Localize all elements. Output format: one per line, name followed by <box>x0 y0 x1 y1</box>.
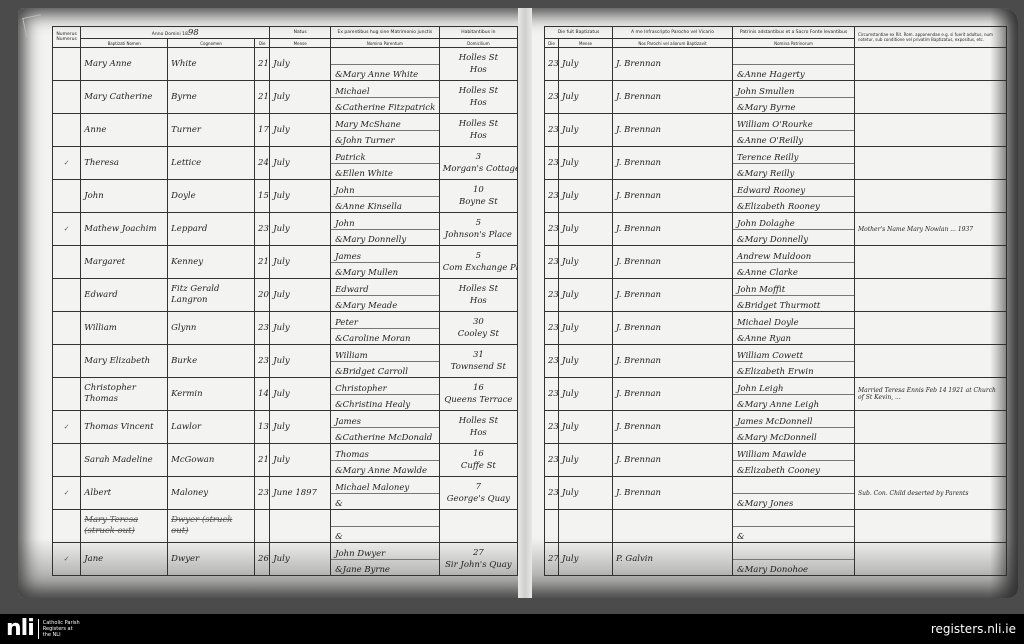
parents-cell: Patrick& Ellen White <box>331 147 440 180</box>
sponsor-godmother: & Elizabeth Rooney <box>733 197 854 212</box>
officiating-priest: J. Brennan <box>613 411 733 444</box>
father-name: Mary McShane <box>331 115 439 131</box>
sponsor-godmother: & <box>733 527 854 542</box>
entry-mark: ✓ <box>53 477 81 510</box>
officiating-priest: P. Galvin <box>613 543 733 576</box>
mother-name: & Anne Kinsella <box>331 197 439 212</box>
entry-mark <box>53 378 81 411</box>
residence: Holles StHos <box>439 411 517 444</box>
sponsors-cell: & <box>733 510 855 543</box>
birth-day: 23 <box>255 213 270 246</box>
father-name: Peter <box>331 313 439 329</box>
residence: 7George's Quay <box>439 477 517 510</box>
table-row: 23JulyJ. BrennanJohn Leigh& Mary Anne Le… <box>545 378 1007 411</box>
baptized-first-name: Sarah Madeline <box>81 444 168 477</box>
sponsors-cell: Edward Rooney& Elizabeth Rooney <box>733 180 855 213</box>
notes-cell <box>855 180 1007 213</box>
sponsors-cell: John Smullen& Mary Byrne <box>733 81 855 114</box>
page-corner <box>22 14 45 37</box>
sponsor-godfather: Edward Rooney <box>733 181 854 197</box>
birth-month: July <box>270 312 331 345</box>
mother-name: & John Turner <box>331 131 439 146</box>
mother-name: & Jane Byrne <box>331 560 439 575</box>
father-name: Edward <box>331 280 439 296</box>
baptism-day: 27 <box>545 543 559 576</box>
mother-name: & <box>331 527 439 542</box>
header-anno-domini: Anno Domini 1898 <box>81 27 270 39</box>
birth-day: 23 <box>255 312 270 345</box>
header-priest: Nos Parochi vel aliorum Baptizavit <box>613 39 733 48</box>
image-viewer[interactable]: Numerus Numerus Anno Domini 1898 Natus E… <box>0 0 1024 614</box>
sponsors-cell: William O'Rourke& Anne O'Reilly <box>733 114 855 147</box>
logo-divider <box>38 619 39 639</box>
notes-cell <box>855 246 1007 279</box>
entry-mark: ✓ <box>53 147 81 180</box>
residence: 31Townsend St <box>439 345 517 378</box>
table-row: Sarah MadelineMcGowan21JulyThomas& Mary … <box>53 444 518 477</box>
table-row: AnneTurner17JulyMary McShane& John Turne… <box>53 114 518 147</box>
header-priest-group: A me Infrascripto Parocho vel Vicario <box>613 27 733 39</box>
sponsors-cell: & Mary Jones <box>733 477 855 510</box>
parents-cell: & <box>331 510 440 543</box>
baptism-month: July <box>559 345 613 378</box>
mother-name: & Catherine Fitzpatrick <box>331 98 439 113</box>
sponsors-cell: Andrew Muldoon& Anne Clarke <box>733 246 855 279</box>
notes-cell <box>855 114 1007 147</box>
mother-name: & Caroline Moran <box>331 329 439 344</box>
table-row: 23JulyJ. BrennanJames McDonnell& Mary Mc… <box>545 411 1007 444</box>
table-row: 23JulyJ. BrennanJohn Smullen& Mary Byrne <box>545 81 1007 114</box>
birth-day <box>255 510 270 543</box>
sponsor-godmother: & Anne Hagerty <box>733 65 854 80</box>
table-row: 27JulyP. Galvin& Mary Donohoe <box>545 543 1007 576</box>
mother-name: & Mary Meade <box>331 296 439 311</box>
nli-logo[interactable]: nli Catholic Parish Registers at the NLI <box>6 618 80 640</box>
birth-day: 21 <box>255 81 270 114</box>
header-day: Die <box>255 39 270 48</box>
baptized-first-name: Theresa <box>81 147 168 180</box>
table-row: ✓Thomas VincentLawlor13JulyJames& Cather… <box>53 411 518 444</box>
sponsor-godfather: James McDonnell <box>733 412 854 428</box>
father-name: Patrick <box>331 148 439 164</box>
table-row: EdwardFitz Gerald Langron20JulyEdward& M… <box>53 279 518 312</box>
header-surname: Cognomen <box>168 39 255 48</box>
entry-mark <box>53 279 81 312</box>
father-name: Christopher <box>331 379 439 395</box>
officiating-priest: J. Brennan <box>613 213 733 246</box>
sponsor-godmother: & Mary Jones <box>733 494 854 509</box>
baptism-table-left: Numerus Numerus Anno Domini 1898 Natus E… <box>52 26 518 576</box>
header-sponsors: Nomina Patrinorum <box>733 39 855 48</box>
sponsor-godmother: & Anne Clarke <box>733 263 854 278</box>
officiating-priest: J. Brennan <box>613 279 733 312</box>
mother-name: & Christina Healy <box>331 395 439 410</box>
residence: Holles StHos <box>439 81 517 114</box>
table-row: 23JulyJ. BrennanJohn Moffit& Bridget Thu… <box>545 279 1007 312</box>
header-baptized-name: Baptizati Nomen <box>81 39 168 48</box>
parents-cell: Mary McShane& John Turner <box>331 114 440 147</box>
birth-day: 15 <box>255 180 270 213</box>
residence: 27Sir John's Quay <box>439 543 517 576</box>
residence: 16Queens Terrace <box>439 378 517 411</box>
sponsors-cell: & Mary Donohoe <box>733 543 855 576</box>
table-row: 23JulyJ. BrennanWilliam Cowett& Elizabet… <box>545 345 1007 378</box>
baptism-day: 23 <box>545 378 559 411</box>
residence: Holles StHos <box>439 114 517 147</box>
father-name <box>331 511 439 527</box>
mother-name: & Mary Anne Mawlde <box>331 461 439 476</box>
sponsor-godmother: & Mary Donohoe <box>733 560 854 575</box>
birth-day: 23 <box>255 345 270 378</box>
baptism-day: 23 <box>545 213 559 246</box>
baptized-surname: Fitz Gerald Langron <box>168 279 255 312</box>
baptism-month: July <box>559 213 613 246</box>
baptized-surname: Kenney <box>168 246 255 279</box>
notes-cell: Mother's Name Mary Nowlan ... 1937 <box>855 213 1007 246</box>
table-row: 23JulyJ. BrennanMichael Doyle& Anne Ryan <box>545 312 1007 345</box>
parents-cell: Michael& Catherine Fitzpatrick <box>331 81 440 114</box>
parents-cell: Thomas& Mary Anne Mawlde <box>331 444 440 477</box>
baptized-surname: Leppard <box>168 213 255 246</box>
baptized-surname: Lettice <box>168 147 255 180</box>
father-name: William <box>331 346 439 362</box>
sponsor-godmother: & Mary McDonnell <box>733 428 854 443</box>
mother-name: & Mary Anne White <box>331 65 439 80</box>
sponsor-godmother: & Anne O'Reilly <box>733 131 854 146</box>
notes-cell <box>855 48 1007 81</box>
sponsor-godfather <box>733 478 854 494</box>
officiating-priest: J. Brennan <box>613 81 733 114</box>
residence: 5Com Exchange Place <box>439 246 517 279</box>
baptized-first-name: Mathew Joachim <box>81 213 168 246</box>
entry-mark <box>53 345 81 378</box>
residence <box>439 510 517 543</box>
sponsors-cell: William Cowett& Elizabeth Erwin <box>733 345 855 378</box>
birth-month: July <box>270 213 331 246</box>
officiating-priest: J. Brennan <box>613 444 733 477</box>
officiating-priest: J. Brennan <box>613 345 733 378</box>
officiating-priest: J. Brennan <box>613 48 733 81</box>
sponsors-cell: John Leigh& Mary Anne Leigh <box>733 378 855 411</box>
baptism-day: 23 <box>545 246 559 279</box>
table-row: WilliamGlynn23JulyPeter& Caroline Moran3… <box>53 312 518 345</box>
birth-month: July <box>270 444 331 477</box>
mother-name: & Ellen White <box>331 164 439 179</box>
father-name: Thomas <box>331 445 439 461</box>
notes-cell <box>855 147 1007 180</box>
table-row: JohnDoyle15JulyJohn& Anne Kinsella10Boyn… <box>53 180 518 213</box>
entry-mark <box>53 510 81 543</box>
sponsor-godmother: & Elizabeth Cooney <box>733 461 854 476</box>
entry-mark <box>53 81 81 114</box>
table-row: ✓TheresaLettice24JulyPatrick& Ellen Whit… <box>53 147 518 180</box>
birth-month: July <box>270 114 331 147</box>
sponsor-godfather <box>733 544 854 560</box>
entry-mark: ✓ <box>53 543 81 576</box>
notes-cell <box>855 312 1007 345</box>
father-name: James <box>331 412 439 428</box>
birth-day: 21 <box>255 246 270 279</box>
baptism-month: July <box>559 81 613 114</box>
baptized-first-name: Thomas Vincent <box>81 411 168 444</box>
header-number: Numerus Numerus <box>53 27 81 48</box>
baptism-month: July <box>559 246 613 279</box>
baptism-day: 23 <box>545 147 559 180</box>
parents-cell: William& Bridget Carroll <box>331 345 440 378</box>
sponsor-godmother: & Mary Donnelly <box>733 230 854 245</box>
table-row: ✓JaneDwyer26JulyJohn Dwyer& Jane Byrne27… <box>53 543 518 576</box>
baptized-first-name: Mary Anne <box>81 48 168 81</box>
officiating-priest: J. Brennan <box>613 246 733 279</box>
officiating-priest: J. Brennan <box>613 477 733 510</box>
sponsor-godfather: Andrew Muldoon <box>733 247 854 263</box>
right-page: Die fuit Baptizatus A me Infrascripto Pa… <box>544 26 1006 576</box>
residence: 5Johnson's Place <box>439 213 517 246</box>
birth-month: July <box>270 378 331 411</box>
nli-logo-mark: nli <box>6 618 34 640</box>
mother-name: & Mary Mullen <box>331 263 439 278</box>
entry-mark <box>53 312 81 345</box>
baptism-day: 23 <box>545 114 559 147</box>
header-notes: Circumstantiae ex Rit. Rom. apponendae e… <box>855 27 1007 48</box>
birth-day: 23 <box>255 477 270 510</box>
father-name: John Dwyer <box>331 544 439 560</box>
sponsor-godfather <box>733 511 854 527</box>
header-residence-group: Habitantibus in <box>439 27 517 39</box>
baptism-month: July <box>559 411 613 444</box>
notes-cell <box>855 81 1007 114</box>
baptized-first-name: Albert <box>81 477 168 510</box>
entry-mark: ✓ <box>53 213 81 246</box>
father-name <box>331 49 439 65</box>
header-parents-group: Ex parentibus hug sine Matrimonio juncti… <box>331 27 440 39</box>
notes-cell <box>855 279 1007 312</box>
baptism-month: July <box>559 147 613 180</box>
notes-cell <box>855 411 1007 444</box>
birth-day: 26 <box>255 543 270 576</box>
mother-name: & <box>331 494 439 509</box>
notes-cell <box>855 543 1007 576</box>
parents-cell: James& Mary Mullen <box>331 246 440 279</box>
sponsor-godmother: & Mary Byrne <box>733 98 854 113</box>
header-natus: Natus <box>270 27 331 39</box>
parents-cell: Christopher& Christina Healy <box>331 378 440 411</box>
site-link[interactable]: registers.nli.ie <box>931 622 1016 636</box>
baptized-surname: Lawlor <box>168 411 255 444</box>
baptized-first-name: Mary Elizabeth <box>81 345 168 378</box>
baptism-day: 23 <box>545 279 559 312</box>
birth-month: July <box>270 279 331 312</box>
baptized-surname: Doyle <box>168 180 255 213</box>
baptized-surname: Kermin <box>168 378 255 411</box>
entry-mark: ✓ <box>53 411 81 444</box>
sponsor-godmother: & Mary Anne Leigh <box>733 395 854 410</box>
table-row: 23JulyJ. BrennanJohn Dolaghe& Mary Donne… <box>545 213 1007 246</box>
parents-cell: John& Mary Donnelly <box>331 213 440 246</box>
table-row: 23JulyJ. Brennan& Anne Hagerty <box>545 48 1007 81</box>
baptism-day: 23 <box>545 180 559 213</box>
residence: Holles StHos <box>439 279 517 312</box>
entry-mark <box>53 444 81 477</box>
birth-day: 20 <box>255 279 270 312</box>
left-page: Numerus Numerus Anno Domini 1898 Natus E… <box>52 26 518 576</box>
table-row: 23JulyJ. BrennanWilliam O'Rourke& Anne O… <box>545 114 1007 147</box>
sponsors-cell: Terence Reilly& Mary Reilly <box>733 147 855 180</box>
baptism-day <box>545 510 559 543</box>
baptism-month: July <box>559 114 613 147</box>
table-row: ✓Mathew JoachimLeppard23JulyJohn& Mary D… <box>53 213 518 246</box>
baptism-day: 23 <box>545 81 559 114</box>
baptism-day: 23 <box>545 345 559 378</box>
residence: 3Morgan's Cottages <box>439 147 517 180</box>
baptized-surname: Glynn <box>168 312 255 345</box>
header-baptized-group: Die fuit Baptizatus <box>545 27 613 39</box>
sponsor-godmother: & Mary Reilly <box>733 164 854 179</box>
residence: 10Boyne St <box>439 180 517 213</box>
notes-cell <box>855 345 1007 378</box>
officiating-priest: J. Brennan <box>613 312 733 345</box>
sponsor-godmother: & Elizabeth Erwin <box>733 362 854 377</box>
birth-month: July <box>270 147 331 180</box>
baptism-day: 23 <box>545 411 559 444</box>
table-row: Mary AnneWhite21July& Mary Anne WhiteHol… <box>53 48 518 81</box>
table-row: Mary Teresa (struck out)Dwyer (struck ou… <box>53 510 518 543</box>
birth-month: July <box>270 180 331 213</box>
baptized-surname: Turner <box>168 114 255 147</box>
birth-month: July <box>270 48 331 81</box>
father-name: John <box>331 214 439 230</box>
sponsor-godfather: William Cowett <box>733 346 854 362</box>
baptized-surname: McGowan <box>168 444 255 477</box>
residence: Holles StHos <box>439 48 517 81</box>
sponsors-cell: & Anne Hagerty <box>733 48 855 81</box>
parents-cell: John Dwyer& Jane Byrne <box>331 543 440 576</box>
sponsors-cell: John Dolaghe& Mary Donnelly <box>733 213 855 246</box>
residence: 30Cooley St <box>439 312 517 345</box>
baptized-surname: Dwyer (struck out) <box>168 510 255 543</box>
baptized-surname: Byrne <box>168 81 255 114</box>
mother-name: & Bridget Carroll <box>331 362 439 377</box>
header-bapt-day: Die <box>545 39 559 48</box>
logo-caption: Catholic Parish Registers at the NLI <box>43 620 80 638</box>
baptism-month: July <box>559 477 613 510</box>
sponsor-godfather: William Mawlde <box>733 445 854 461</box>
parents-cell: Michael Maloney& <box>331 477 440 510</box>
table-row: Christopher ThomasKermin14JulyChristophe… <box>53 378 518 411</box>
baptism-table-right: Die fuit Baptizatus A me Infrascripto Pa… <box>544 26 1007 576</box>
entry-mark <box>53 114 81 147</box>
sponsors-cell: James McDonnell& Mary McDonnell <box>733 411 855 444</box>
parents-cell: & Mary Anne White <box>331 48 440 81</box>
baptized-first-name: Mary Catherine <box>81 81 168 114</box>
baptism-month: July <box>559 180 613 213</box>
baptized-first-name: Jane <box>81 543 168 576</box>
table-row: 23JulyJ. BrennanEdward Rooney& Elizabeth… <box>545 180 1007 213</box>
birth-month: July <box>270 81 331 114</box>
birth-day: 17 <box>255 114 270 147</box>
footer-bar: nli Catholic Parish Registers at the NLI… <box>0 614 1024 644</box>
sponsor-godfather <box>733 49 854 65</box>
sponsor-godmother: & Bridget Thurmott <box>733 296 854 311</box>
sponsors-cell: John Moffit& Bridget Thurmott <box>733 279 855 312</box>
entry-mark <box>53 180 81 213</box>
baptism-month <box>559 510 613 543</box>
header-month: Mense <box>270 39 331 48</box>
baptism-month: July <box>559 48 613 81</box>
table-row: 23JulyJ. BrennanTerence Reilly& Mary Rei… <box>545 147 1007 180</box>
baptized-surname: White <box>168 48 255 81</box>
mother-name: & Mary Donnelly <box>331 230 439 245</box>
header-parents-names: Nomina Parentum <box>331 39 440 48</box>
register-scan: Numerus Numerus Anno Domini 1898 Natus E… <box>18 8 1018 598</box>
table-row: 23JulyJ. Brennan& Mary JonesSub. Con. Ch… <box>545 477 1007 510</box>
sponsor-godfather: John Dolaghe <box>733 214 854 230</box>
sponsor-godfather: Michael Doyle <box>733 313 854 329</box>
birth-day: 13 <box>255 411 270 444</box>
header-bapt-month: Mense <box>559 39 613 48</box>
birth-month: July <box>270 246 331 279</box>
mother-name: & Catherine McDonald <box>331 428 439 443</box>
baptism-month: July <box>559 279 613 312</box>
officiating-priest <box>613 510 733 543</box>
notes-cell <box>855 510 1007 543</box>
sponsor-godfather: William O'Rourke <box>733 115 854 131</box>
sponsors-cell: Michael Doyle& Anne Ryan <box>733 312 855 345</box>
baptized-first-name: William <box>81 312 168 345</box>
parents-cell: Peter& Caroline Moran <box>331 312 440 345</box>
officiating-priest: J. Brennan <box>613 147 733 180</box>
baptism-month: July <box>559 543 613 576</box>
table-row: Mary CatherineByrne21JulyMichael& Cather… <box>53 81 518 114</box>
birth-day: 24 <box>255 147 270 180</box>
birth-month: July <box>270 345 331 378</box>
baptized-first-name: Edward <box>81 279 168 312</box>
baptized-first-name: Anne <box>81 114 168 147</box>
baptized-surname: Maloney <box>168 477 255 510</box>
birth-month: June 1897 <box>270 477 331 510</box>
parents-cell: Edward& Mary Meade <box>331 279 440 312</box>
notes-cell: Sub. Con. Child deserted by Parents <box>855 477 1007 510</box>
baptism-day: 23 <box>545 444 559 477</box>
birth-day: 21 <box>255 48 270 81</box>
residence: 16Cuffe St <box>439 444 517 477</box>
table-row: MargaretKenney21JulyJames& Mary Mullen5C… <box>53 246 518 279</box>
notes-cell <box>855 444 1007 477</box>
table-row: Mary ElizabethBurke23JulyWilliam& Bridge… <box>53 345 518 378</box>
entry-mark <box>53 246 81 279</box>
baptism-day: 23 <box>545 477 559 510</box>
table-row: & <box>545 510 1007 543</box>
table-row: 23JulyJ. BrennanWilliam Mawlde& Elizabet… <box>545 444 1007 477</box>
baptized-first-name: Margaret <box>81 246 168 279</box>
birth-day: 14 <box>255 378 270 411</box>
baptism-month: July <box>559 312 613 345</box>
book-gutter <box>518 8 532 598</box>
father-name: John <box>331 181 439 197</box>
sponsor-godfather: John Smullen <box>733 82 854 98</box>
baptism-day: 23 <box>545 312 559 345</box>
father-name: Michael <box>331 82 439 98</box>
sponsors-cell: William Mawlde& Elizabeth Cooney <box>733 444 855 477</box>
father-name: James <box>331 247 439 263</box>
baptized-surname: Burke <box>168 345 255 378</box>
sponsor-godfather: John Moffit <box>733 280 854 296</box>
birth-month <box>270 510 331 543</box>
birth-month: July <box>270 543 331 576</box>
officiating-priest: J. Brennan <box>613 180 733 213</box>
birth-month: July <box>270 411 331 444</box>
officiating-priest: J. Brennan <box>613 378 733 411</box>
